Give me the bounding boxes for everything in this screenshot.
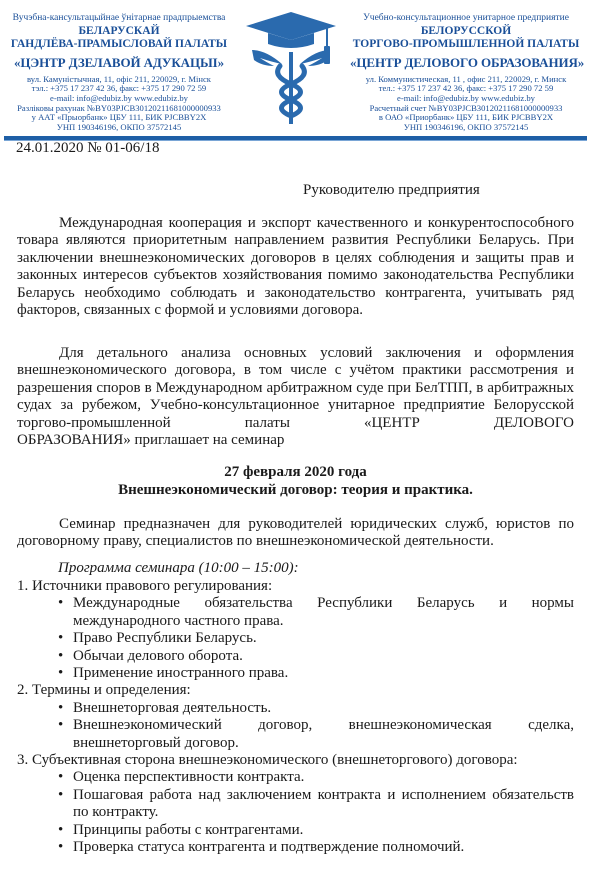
bullet-icon: • (58, 630, 63, 647)
bullet-icon: • (58, 717, 63, 734)
program-item-text: Международные обязательства Республики Б… (73, 595, 574, 628)
program-title: Программа семинара (10:00 – 15:00): (58, 560, 299, 577)
program-item: • Оценка перспективности контракта. (17, 769, 574, 786)
letterhead-right-org-line2: ТОРГОВО-ПРОМЫШЛЕННОЙ ПАЛАТЫ (350, 38, 582, 50)
letterhead-right: Учебно-консультационное унитарное предпр… (350, 14, 582, 132)
letterhead-left: Вучэбна-кансультацыйнае ўнітарнае прадпр… (10, 14, 228, 132)
program-item-text: Принципы работы с контрагентами. (73, 822, 303, 838)
program-item-text: Проверка статуса контрагента и подтвержд… (73, 839, 464, 855)
program-item-text: Применение иностранного права. (73, 665, 288, 681)
paragraph-audience: Семинар предназначен для руководителей ю… (17, 516, 574, 551)
letter-reference: 24.01.2020 № 01-06/18 (16, 140, 159, 157)
bullet-icon: • (58, 595, 63, 612)
program-item: • Международные обязательства Республики… (17, 595, 574, 630)
letterhead-right-subtitle: Учебно-консультационное унитарное предпр… (350, 14, 582, 24)
program-section-1: 1. Источники правового регулирования: • … (17, 578, 574, 682)
letterhead-right-name: «ЦЕНТР ДЕЛОВОГО ОБРАЗОВАНИЯ» (350, 56, 582, 70)
bullet-icon: • (58, 769, 63, 786)
letterhead-right-ids: УНП 190346196, ОКПО 37572145 (350, 123, 582, 133)
letterhead-right-org-line1: БЕЛОРУССКОЙ (350, 25, 582, 37)
program-item-text: Внешнеторговая деятельность. (73, 700, 271, 716)
program-item-text: Право Республики Беларусь. (73, 630, 257, 646)
letterhead-left-ids: УНП 190346196, ОКПО 37572145 (10, 123, 228, 133)
letterhead-left-org-line1: БЕЛАРУСКАЙ (10, 25, 228, 37)
letterhead-left-org-line2: ГАНДЛЁВА-ПРАМЫСЛОВАЙ ПАЛАТЫ (10, 38, 228, 50)
paragraph-invitation-end: ОБРАЗОВАНИЯ» приглашает на семинар (17, 432, 574, 449)
program-item-text: Внешнеэкономический договор, внешнеэконо… (73, 717, 574, 750)
program-item: • Внешнеторговая деятельность. (17, 700, 574, 717)
letter-page: Вучэбна-кансультацыйнае ўнітарнае прадпр… (0, 0, 591, 889)
bullet-icon: • (58, 665, 63, 682)
program-item: • Применение иностранного права. (17, 665, 574, 682)
program-item: • Обычаи делового оборота. (17, 648, 574, 665)
program-item-text: Пошаговая работа над заключением контрак… (73, 787, 574, 820)
program-item: • Право Республики Беларусь. (17, 630, 574, 647)
program-item: • Внешнеэкономический договор, внешнеэко… (17, 717, 574, 752)
paragraph-invitation-main: Для детального анализа основных условий … (17, 345, 574, 432)
program-list: 1. Источники правового регулирования: • … (17, 578, 574, 857)
program-section-3: 3. Субъективная сторона внешнеэкономичес… (17, 752, 574, 856)
program-item-text: Обычаи делового оборота. (73, 648, 243, 664)
program-section-2: 2. Термины и определения: • Внешнеторгов… (17, 682, 574, 752)
program-item-text: Оценка перспективности контракта. (73, 769, 304, 785)
program-item: • Проверка статуса контрагента и подтвер… (17, 839, 574, 856)
seminar-date: 27 февраля 2020 года (0, 464, 591, 481)
seminar-title: Внешнеэкономический договор: теория и пр… (0, 482, 591, 499)
bullet-icon: • (58, 648, 63, 665)
paragraph-invitation: Для детального анализа основных условий … (17, 345, 574, 449)
bullet-icon: • (58, 700, 63, 717)
program-item: • Принципы работы с контрагентами. (17, 822, 574, 839)
bullet-icon: • (58, 822, 63, 839)
bullet-icon: • (58, 839, 63, 856)
program-section-title: 1. Источники правового регулирования: (17, 578, 574, 595)
bullet-icon: • (58, 787, 63, 804)
paragraph-intro: Международная кооперация и экспорт качес… (17, 215, 574, 319)
letter-addressee: Руководителю предприятия (303, 182, 480, 199)
program-item: • Пошаговая работа над заключением контр… (17, 787, 574, 822)
letterhead-left-name: «ЦЭНТР ДЗЕЛАВОЙ АДУКАЦЫІ» (10, 56, 228, 70)
program-section-title: 3. Субъективная сторона внешнеэкономичес… (17, 752, 574, 769)
program-section-title: 2. Термины и определения: (17, 682, 574, 699)
letterhead-left-subtitle: Вучэбна-кансультацыйнае ўнітарнае прадпр… (10, 14, 228, 24)
graduation-cap-caduceus-icon (232, 6, 350, 128)
